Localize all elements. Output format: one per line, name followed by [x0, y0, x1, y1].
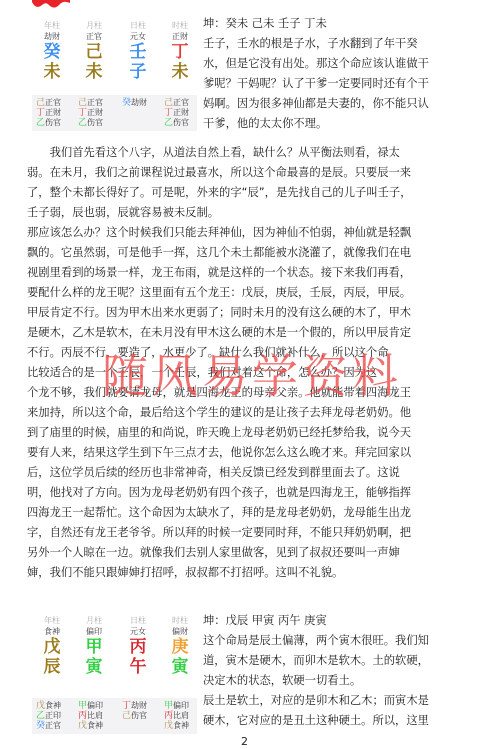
hidden-stem-god: 食神 — [173, 721, 189, 730]
heavenly-stem: 庚 — [160, 637, 200, 657]
hidden-stem-char: 丁 — [164, 108, 173, 118]
text-line: 甲辰肯定不行。因为甲木出来水更弱了；同时未月的没有这么硬的木了，甲木 — [27, 303, 465, 323]
hidden-stem-row: 丁劫财 — [122, 701, 147, 711]
hidden-stem-column: 癸劫财 — [122, 98, 147, 108]
heavenly-stem: 戊 — [32, 637, 72, 657]
hidden-stem-char: 丙 — [78, 711, 87, 721]
earthly-branch: 寅 — [160, 657, 200, 677]
text-line: 后，这位学员后续的经历也非常神奇，相关反馈已经发到群里面去了。这说 — [27, 463, 465, 483]
hidden-stem-char: 乙 — [36, 711, 45, 721]
bazi-chart-2: 年柱食神戊辰戊食神乙正印癸正官月柱偏印甲寅甲偏印丙比肩戊食神日柱元女丙午丁劫财己… — [32, 615, 197, 740]
pillar-header: 时柱 — [160, 20, 200, 31]
hidden-stem-row: 己正官 — [164, 98, 189, 108]
hidden-stem-char: 癸 — [36, 721, 45, 731]
hidden-stem-god: 比肩 — [87, 711, 103, 720]
hidden-stem-row: 甲偏印 — [78, 701, 103, 711]
hidden-stem-god: 正官 — [45, 98, 61, 107]
heavenly-stem: 癸 — [32, 42, 72, 62]
text-line: 到了庙里的时候，庙里的和尚说，昨天晚上龙母老奶奶已经托梦给我，说今天 — [27, 423, 465, 443]
hidden-stem-row: 甲偏印 — [164, 701, 189, 711]
earthly-branch: 寅 — [74, 657, 114, 677]
pillar-column: 月柱正官己未 — [74, 20, 114, 82]
hidden-stem-god: 偏印 — [87, 701, 103, 710]
hidden-stem-row: 丁正财 — [36, 108, 61, 118]
text-line: 了，整个未都长得好了。可是呢，外来的字“辰”，是先找自己的儿子叫壬子， — [27, 183, 465, 203]
hidden-stem-god: 伤官 — [131, 711, 147, 720]
hidden-stem-god: 劫财 — [131, 98, 147, 107]
hidden-stem-god: 劫财 — [131, 701, 147, 710]
text-line: 来加持，所以这个命，最后给这个学生的建议的是让孩子去拜龙母老奶奶。他 — [27, 403, 465, 423]
earthly-branch: 子 — [118, 62, 158, 82]
hidden-stem-char: 甲 — [78, 701, 87, 711]
text-line: 壬子弱，辰也弱，辰就容易被未反制。 — [27, 203, 465, 223]
ten-god-label: 劫财 — [32, 31, 72, 42]
hidden-stem-row: 丙比肩 — [164, 711, 189, 721]
text-line: 硬木，它对应的是丑土这种硬土。所以，这里 — [203, 711, 488, 731]
hidden-stem-column: 戊食神乙正印癸正官 — [36, 701, 61, 731]
hidden-stem-char: 癸 — [122, 98, 131, 108]
hidden-stem-row: 丁正财 — [78, 108, 103, 118]
text-line: 那应该怎么办？这个时候我们只能去拜神仙，因为神仙不怕弱，神仙就是轻飘 — [27, 223, 465, 243]
hidden-stem-char: 乙 — [164, 118, 173, 128]
hidden-stem-char: 己 — [122, 711, 131, 721]
pillar-column: 日柱元女壬子 — [118, 20, 158, 82]
pillar-header: 月柱 — [74, 20, 114, 31]
hidden-stem-god: 伤官 — [45, 118, 61, 127]
earthly-branch: 未 — [74, 62, 114, 82]
heavenly-stem: 甲 — [74, 637, 114, 657]
hidden-stem-row: 己正官 — [36, 98, 61, 108]
pillar-header: 年柱 — [32, 20, 72, 31]
earthly-branch: 辰 — [32, 657, 72, 677]
text-line: 要配什么样的龙王呢？这里面有五个龙王：戊辰，庚辰，壬辰，丙辰，甲辰。 — [27, 283, 465, 303]
text-line: 妈啊。因为很多神仙都是夫妻的，你不能只认 — [203, 94, 488, 114]
text-line: 婶，我们不能只跟婶婶打招呼，叔叔都不打招呼。这叫不礼貌。 — [27, 563, 465, 583]
ten-god-label: 正官 — [74, 31, 114, 42]
hidden-stem-row: 戊食神 — [36, 701, 61, 711]
hidden-stem-column: 丁劫财己伤官 — [122, 701, 147, 721]
text-line: 水，但是它没有出处。那这个命应该认谁做干 — [203, 54, 488, 74]
hidden-stem-row: 己正官 — [78, 98, 103, 108]
hidden-stem-god: 正官 — [45, 721, 61, 730]
ten-god-label: 食神 — [32, 626, 72, 637]
hidden-stem-row: 丙比肩 — [78, 711, 103, 721]
hidden-stem-char: 乙 — [78, 118, 87, 128]
text-line: 坤：戊辰 甲寅 丙午 庚寅 — [203, 611, 488, 631]
page-number: 2 — [241, 735, 248, 748]
pillar-header: 日柱 — [118, 615, 158, 626]
hidden-stem-row: 丁正财 — [164, 108, 189, 118]
hidden-stem-char: 丁 — [122, 701, 131, 711]
hidden-stem-god: 伤官 — [87, 118, 103, 127]
earthly-branch: 未 — [32, 62, 72, 82]
text-line: 干爹，他的太太你不理。 — [203, 114, 488, 134]
pillar-header: 年柱 — [32, 615, 72, 626]
hidden-stem-row: 戊食神 — [164, 721, 189, 731]
hidden-stem-char: 甲 — [164, 701, 173, 711]
text-line: 这个命局是辰土偏薄，两个寅木很旺。我们知 — [203, 631, 488, 651]
cloud-ornament-icon — [30, 0, 72, 10]
text-line: 壬子，壬水的根是子水，子水翻到了年干癸 — [203, 34, 488, 54]
text-line: 我们首先看这个八字，从道法自然上看，缺什么？从平衡法则看，禄太 — [27, 143, 465, 163]
ten-god-label: 元女 — [118, 31, 158, 42]
pillar-header: 日柱 — [118, 20, 158, 31]
side-text-1: 坤：癸未 己未 壬子 丁未壬子，壬水的根是子水，子水翻到了年干癸水，但是它没有出… — [203, 14, 488, 134]
ten-god-label: 正财 — [160, 31, 200, 42]
hidden-stem-god: 比肩 — [173, 711, 189, 720]
hidden-stem-char: 己 — [36, 98, 45, 108]
pillar-column: 日柱元女丙午 — [118, 615, 158, 677]
text-line: 决定木的状态，软硬一切看土。 — [203, 671, 488, 691]
text-line: 爹呢？干妈呢？认了干爹一定要同时还有个干 — [203, 74, 488, 94]
hidden-stem-char: 戊 — [78, 721, 87, 731]
hidden-stem-column: 己正官丁正财乙伤官 — [78, 98, 103, 128]
hidden-stem-char: 己 — [78, 98, 87, 108]
text-line: 视剧里看到的场景一样，龙王布雨，就是这样的一个状态。接下来我们再看， — [27, 263, 465, 283]
text-line: 辰土是软土，对应的是卯木和乙木；而寅木是 — [203, 691, 488, 711]
hidden-stem-row: 乙伤官 — [78, 118, 103, 128]
hidden-stem-god: 正财 — [173, 108, 189, 117]
hidden-stem-god: 食神 — [87, 721, 103, 730]
hidden-stem-god: 正财 — [45, 108, 61, 117]
hidden-stem-char: 丁 — [78, 108, 87, 118]
hidden-stem-row: 乙伤官 — [164, 118, 189, 128]
watermark: 随风易学资料 — [102, 340, 402, 406]
hidden-stem-column: 甲偏印丙比肩戊食神 — [78, 701, 103, 731]
hidden-stem-god: 正印 — [45, 711, 61, 720]
pillar-column: 时柱正财丁未 — [160, 20, 200, 82]
ten-god-label: 偏财 — [160, 626, 200, 637]
hidden-stem-row: 癸正官 — [36, 721, 61, 731]
earthly-branch: 午 — [118, 657, 158, 677]
heavenly-stem: 丁 — [160, 42, 200, 62]
pillar-column: 年柱食神戊辰 — [32, 615, 72, 677]
text-line: 坤：癸未 己未 壬子 丁未 — [203, 14, 488, 34]
heavenly-stem: 壬 — [118, 42, 158, 62]
pillar-column: 月柱偏印甲寅 — [74, 615, 114, 677]
hidden-stem-column: 甲偏印丙比肩戊食神 — [164, 701, 189, 731]
heavenly-stem: 丙 — [118, 637, 158, 657]
text-line: 道，寅木是硬木，而卯木是软木。土的软硬， — [203, 651, 488, 671]
hidden-stem-char: 丁 — [36, 108, 45, 118]
text-line: 字，自然还有龙王老爷爷。所以拜的时候一定要同时拜，不能只拜奶奶啊，把 — [27, 523, 465, 543]
hidden-stem-char: 丙 — [164, 711, 173, 721]
hidden-stem-god: 食神 — [45, 701, 61, 710]
text-line: 弱。在未月，我们之前课程说过最喜水，所以这个命最喜的是辰。只要辰一来 — [27, 163, 465, 183]
hidden-stem-god: 伤官 — [173, 118, 189, 127]
hidden-stem-god: 正官 — [173, 98, 189, 107]
hidden-stem-column: 己正官丁正财乙伤官 — [164, 98, 189, 128]
ten-god-label: 元女 — [118, 626, 158, 637]
hidden-stem-char: 戊 — [164, 721, 173, 731]
hidden-stem-row: 乙伤官 — [36, 118, 61, 128]
ten-god-label: 偏印 — [74, 626, 114, 637]
hidden-stem-row: 戊食神 — [78, 721, 103, 731]
hidden-stem-column: 己正官丁正财乙伤官 — [36, 98, 61, 128]
earthly-branch: 未 — [160, 62, 200, 82]
side-text-2: 坤：戊辰 甲寅 丙午 庚寅这个命局是辰土偏薄，两个寅木很旺。我们知道，寅木是硬木… — [203, 611, 488, 731]
text-line: 明，他找对了方向。因为龙母老奶奶有四个孩子，也就是四海龙王，能够指挥 — [27, 483, 465, 503]
hidden-stem-god: 正官 — [87, 98, 103, 107]
hidden-stem-char: 戊 — [36, 701, 45, 711]
bazi-chart-1: 年柱劫财癸未己正官丁正财乙伤官月柱正官己未己正官丁正财乙伤官日柱元女壬子癸劫财时… — [32, 20, 197, 132]
pillar-header: 时柱 — [160, 615, 200, 626]
pillar-column: 时柱偏财庚寅 — [160, 615, 200, 677]
hidden-stem-char: 乙 — [36, 118, 45, 128]
hidden-stem-row: 癸劫财 — [122, 98, 147, 108]
text-line: 四海龙王一起帮忙。这个命因为太缺水了，拜的是龙母老奶奶，龙母能生出龙 — [27, 503, 465, 523]
hidden-stem-row: 乙正印 — [36, 711, 61, 721]
text-line: 飘的。它虽然弱，可是他手一挥，这几个未土都能被水浇灌了，就像我们在电 — [27, 243, 465, 263]
text-line: 另外一个人晾在一边。就像我们去别人家里做客，见到了叔叔还要叫一声婶 — [27, 543, 465, 563]
hidden-stem-god: 正财 — [87, 108, 103, 117]
pillar-header: 月柱 — [74, 615, 114, 626]
heavenly-stem: 己 — [74, 42, 114, 62]
hidden-stem-char: 己 — [164, 98, 173, 108]
hidden-stem-row: 己伤官 — [122, 711, 147, 721]
hidden-stem-god: 偏印 — [173, 701, 189, 710]
pillar-column: 年柱劫财癸未 — [32, 20, 72, 82]
text-line: 要有人来，结果这学生到下午三点才去，他说你怎么这么晚才来。拜完回家以 — [27, 443, 465, 463]
